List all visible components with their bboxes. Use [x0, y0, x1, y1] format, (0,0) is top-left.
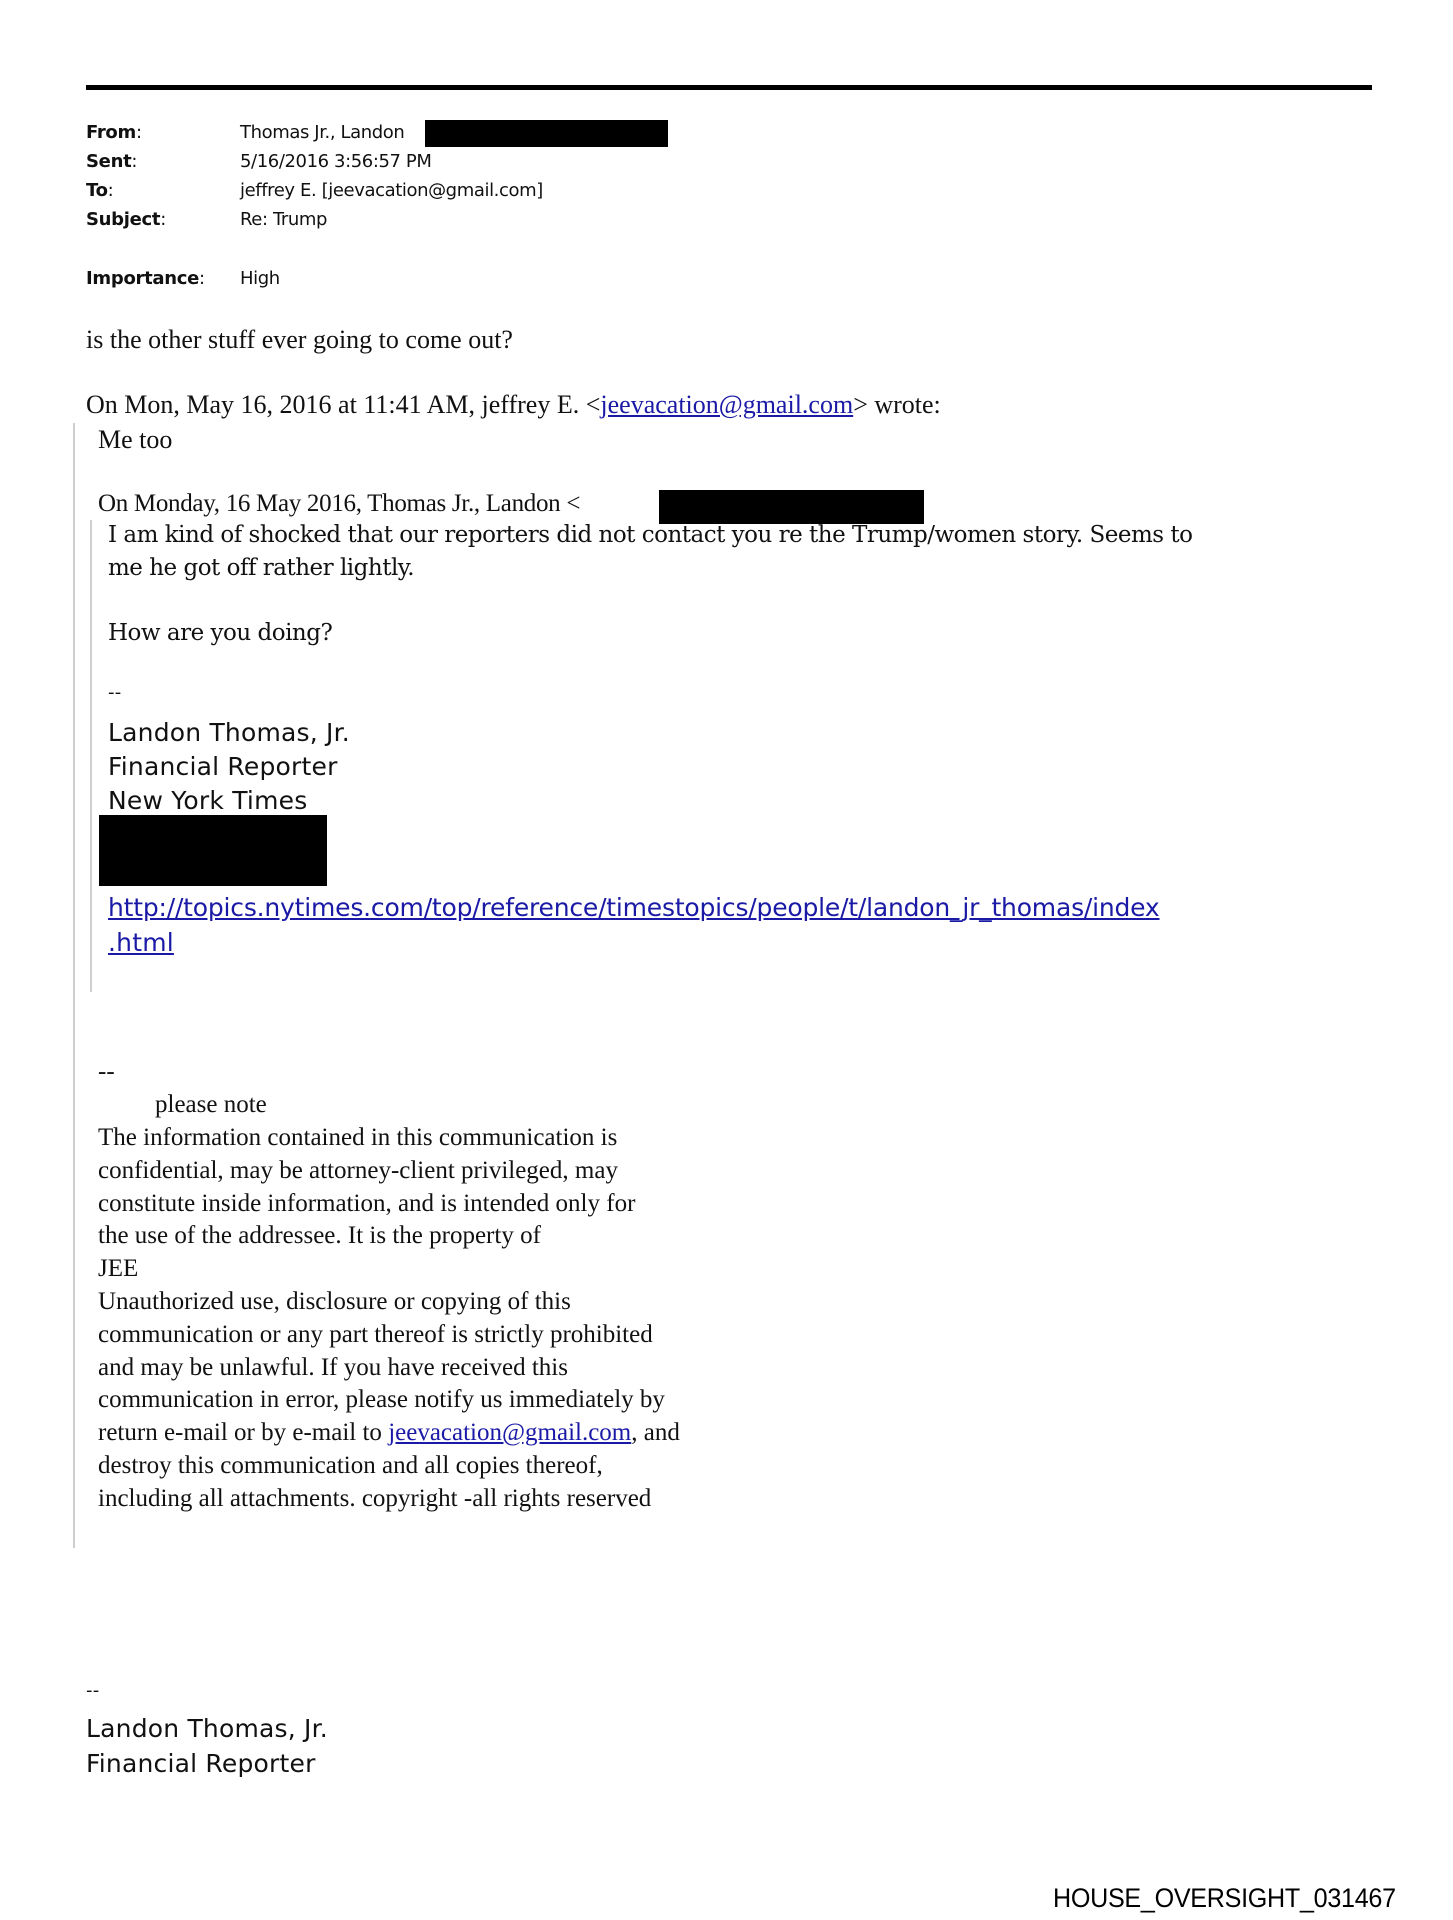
bottom-sig-title: Financial Reporter	[86, 1749, 316, 1778]
disclaimer-line: destroy this communication and all copie…	[98, 1452, 603, 1480]
redaction-from-email	[425, 120, 668, 147]
nytimes-profile-link-cont[interactable]: .html	[108, 928, 174, 957]
reply-text: is the other stuff ever going to come ou…	[86, 325, 513, 355]
subject-value: Re: Trump	[240, 209, 327, 230]
disclaimer-line: confidential, may be attorney-client pri…	[98, 1157, 618, 1185]
disclaimer-line: the use of the addressee. It is the prop…	[98, 1222, 541, 1250]
from-value: Thomas Jr., Landon	[240, 122, 404, 143]
disclaimer-line: Unauthorized use, disclosure or copying …	[98, 1288, 571, 1316]
bottom-sig-separator: --	[86, 1680, 99, 1701]
quote1-attribution: On Mon, May 16, 2016 at 11:41 AM, jeffre…	[86, 390, 941, 420]
bates-number: HOUSE_OVERSIGHT_031467	[1053, 1883, 1396, 1914]
subject-label: Subject:	[86, 209, 166, 230]
inner-quote-border	[90, 520, 92, 992]
disclaimer-email-line: return e-mail or by e-mail to jeevacatio…	[98, 1419, 680, 1447]
quote1-email-link[interactable]: jeevacation@gmail.com	[600, 390, 853, 419]
quote2-sig-name: Landon Thomas, Jr.	[108, 718, 350, 747]
sent-label: Sent:	[86, 151, 137, 172]
disclaimer-line: communication in error, please notify us…	[98, 1386, 665, 1414]
outer-quote-border	[73, 423, 75, 1548]
disclaimer-email-link[interactable]: jeevacation@gmail.com	[388, 1419, 631, 1446]
quote2-line-3: How are you doing?	[108, 620, 332, 646]
sent-value: 5/16/2016 3:56:57 PM	[240, 151, 432, 172]
disclaimer-line: The information contained in this commun…	[98, 1124, 617, 1152]
importance-label: Importance:	[86, 268, 205, 289]
quote1-text: Me too	[98, 425, 172, 455]
disclaimer-line: constitute inside information, and is in…	[98, 1190, 635, 1218]
disclaimer-line: JEE	[98, 1255, 138, 1283]
disclaimer-line: including all attachments. copyright -al…	[98, 1485, 651, 1513]
from-label: From:	[86, 122, 142, 143]
top-rule	[86, 85, 1372, 90]
quote2-sig-title: Financial Reporter	[108, 752, 338, 781]
disclaimer-line: communication or any part thereof is str…	[98, 1321, 653, 1349]
to-value: jeffrey E. [jeevacation@gmail.com]	[240, 180, 543, 201]
redaction-signature-phone	[99, 815, 327, 886]
disclaimer-heading: please note	[155, 1091, 267, 1119]
disclaimer-line: and may be unlawful. If you have receive…	[98, 1354, 568, 1382]
quote2-line-2: me he got off rather lightly.	[108, 555, 414, 581]
quote2-sig-org: New York Times	[108, 786, 307, 815]
quote2-line-1: I am kind of shocked that our reporters …	[108, 522, 1192, 548]
to-label: To:	[86, 180, 113, 201]
disclaimer-separator: --	[98, 1058, 115, 1086]
nytimes-profile-link[interactable]: http://topics.nytimes.com/top/reference/…	[108, 893, 1160, 922]
importance-value: High	[240, 268, 280, 289]
redaction-quote2-email	[659, 490, 924, 524]
bottom-sig-name: Landon Thomas, Jr.	[86, 1714, 328, 1743]
quote2-sig-separator: --	[108, 682, 121, 703]
